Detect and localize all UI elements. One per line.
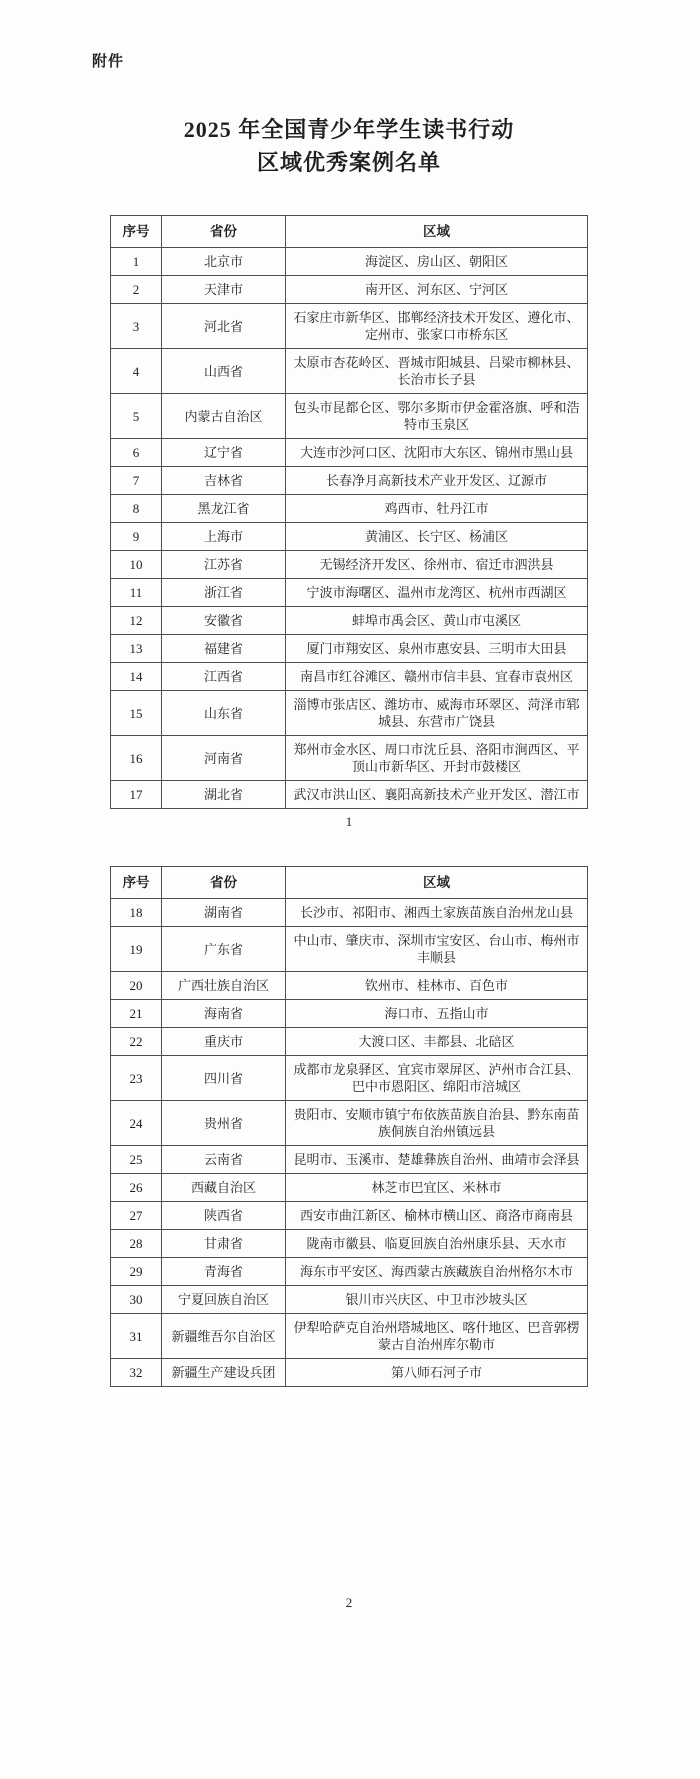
serial-number-cell: 14 [111, 663, 162, 691]
serial-number-cell: 8 [111, 495, 162, 523]
region-cell: 第八师石河子市 [286, 1359, 588, 1387]
province-cell: 陕西省 [162, 1202, 286, 1230]
serial-number-cell: 23 [111, 1056, 162, 1101]
region-cell: 鸡西市、牡丹江市 [286, 495, 588, 523]
table-row: 16河南省郑州市金水区、周口市沈丘县、洛阳市涧西区、平顶山市新华区、开封市鼓楼区 [111, 736, 588, 781]
region-cell: 长沙市、祁阳市、湘西土家族苗族自治州龙山县 [286, 899, 588, 927]
table-row: 13福建省厦门市翔安区、泉州市惠安县、三明市大田县 [111, 635, 588, 663]
serial-number-cell: 27 [111, 1202, 162, 1230]
region-cell: 宁波市海曙区、温州市龙湾区、杭州市西湖区 [286, 579, 588, 607]
province-cell: 重庆市 [162, 1028, 286, 1056]
province-cell: 内蒙古自治区 [162, 394, 286, 439]
province-cell: 湖北省 [162, 781, 286, 809]
region-cell: 大连市沙河口区、沈阳市大东区、锦州市黑山县 [286, 439, 588, 467]
table-row: 19广东省中山市、肇庆市、深圳市宝安区、台山市、梅州市丰顺县 [111, 927, 588, 972]
serial-number-cell: 3 [111, 304, 162, 349]
table-row: 9上海市黄浦区、长宁区、杨浦区 [111, 523, 588, 551]
province-cell: 湖南省 [162, 899, 286, 927]
province-cell: 河南省 [162, 736, 286, 781]
table-row: 6辽宁省大连市沙河口区、沈阳市大东区、锦州市黑山县 [111, 439, 588, 467]
region-cell: 昆明市、玉溪市、楚雄彝族自治州、曲靖市会泽县 [286, 1146, 588, 1174]
serial-number-cell: 18 [111, 899, 162, 927]
region-cell: 陇南市徽县、临夏回族自治州康乐县、天水市 [286, 1230, 588, 1258]
province-cell: 西藏自治区 [162, 1174, 286, 1202]
table-header-row: 序号 省份 区域 [111, 216, 588, 248]
province-cell: 山西省 [162, 349, 286, 394]
table-row: 25云南省昆明市、玉溪市、楚雄彝族自治州、曲靖市会泽县 [111, 1146, 588, 1174]
table-row: 18湖南省长沙市、祁阳市、湘西土家族苗族自治州龙山县 [111, 899, 588, 927]
table-row: 3河北省石家庄市新华区、邯郸经济技术开发区、遵化市、定州市、张家口市桥东区 [111, 304, 588, 349]
table-row: 23四川省成都市龙泉驿区、宜宾市翠屏区、泸州市合江县、巴中市恩阳区、绵阳市涪城区 [111, 1056, 588, 1101]
region-cell: 银川市兴庆区、中卫市沙坡头区 [286, 1286, 588, 1314]
serial-number-cell: 30 [111, 1286, 162, 1314]
table-row: 30宁夏回族自治区银川市兴庆区、中卫市沙坡头区 [111, 1286, 588, 1314]
province-cell: 吉林省 [162, 467, 286, 495]
region-cell: 蚌埠市禹会区、黄山市屯溪区 [286, 607, 588, 635]
province-cell: 新疆维吾尔自治区 [162, 1314, 286, 1359]
serial-number-cell: 6 [111, 439, 162, 467]
province-cell: 安徽省 [162, 607, 286, 635]
serial-number-cell: 2 [111, 276, 162, 304]
province-cell: 浙江省 [162, 579, 286, 607]
region-cell: 成都市龙泉驿区、宜宾市翠屏区、泸州市合江县、巴中市恩阳区、绵阳市涪城区 [286, 1056, 588, 1101]
table-row: 27陕西省西安市曲江新区、榆林市横山区、商洛市商南县 [111, 1202, 588, 1230]
province-cell: 广西壮族自治区 [162, 972, 286, 1000]
province-cell: 海南省 [162, 1000, 286, 1028]
province-cell: 黑龙江省 [162, 495, 286, 523]
province-cell: 辽宁省 [162, 439, 286, 467]
province-cell: 广东省 [162, 927, 286, 972]
province-cell: 江苏省 [162, 551, 286, 579]
serial-number-cell: 28 [111, 1230, 162, 1258]
region-cell: 西安市曲江新区、榆林市横山区、商洛市商南县 [286, 1202, 588, 1230]
document-content: 附件 2025 年全国青少年学生读书行动 区域优秀案例名单 序号 省份 区域 1… [110, 0, 588, 1611]
province-cell: 北京市 [162, 248, 286, 276]
serial-number-cell: 26 [111, 1174, 162, 1202]
region-cell: 海淀区、房山区、朝阳区 [286, 248, 588, 276]
serial-number-cell: 21 [111, 1000, 162, 1028]
serial-number-cell: 32 [111, 1359, 162, 1387]
province-cell: 山东省 [162, 691, 286, 736]
table-row: 8黑龙江省鸡西市、牡丹江市 [111, 495, 588, 523]
table-row: 5内蒙古自治区包头市昆都仑区、鄂尔多斯市伊金霍洛旗、呼和浩特市玉泉区 [111, 394, 588, 439]
region-cell: 无锡经济开发区、徐州市、宿迁市泗洪县 [286, 551, 588, 579]
region-cell: 郑州市金水区、周口市沈丘县、洛阳市涧西区、平顶山市新华区、开封市鼓楼区 [286, 736, 588, 781]
table-row: 11浙江省宁波市海曙区、温州市龙湾区、杭州市西湖区 [111, 579, 588, 607]
table-row: 14江西省南昌市红谷滩区、赣州市信丰县、宜春市袁州区 [111, 663, 588, 691]
serial-number-cell: 31 [111, 1314, 162, 1359]
table-row: 12安徽省蚌埠市禹会区、黄山市屯溪区 [111, 607, 588, 635]
table-row: 15山东省淄博市张店区、潍坊市、威海市环翠区、菏泽市郓城县、东营市广饶县 [111, 691, 588, 736]
table-header-row: 序号 省份 区域 [111, 867, 588, 899]
header-region: 区域 [286, 216, 588, 248]
province-cell: 上海市 [162, 523, 286, 551]
region-cell: 林芝市巴宜区、米林市 [286, 1174, 588, 1202]
region-cell: 黄浦区、长宁区、杨浦区 [286, 523, 588, 551]
region-cell: 大渡口区、丰都县、北碚区 [286, 1028, 588, 1056]
serial-number-cell: 19 [111, 927, 162, 972]
region-cell: 南开区、河东区、宁河区 [286, 276, 588, 304]
table-row: 24贵州省贵阳市、安顺市镇宁布依族苗族自治县、黔东南苗族侗族自治州镇远县 [111, 1101, 588, 1146]
serial-number-cell: 10 [111, 551, 162, 579]
table-row: 2天津市南开区、河东区、宁河区 [111, 276, 588, 304]
serial-number-cell: 1 [111, 248, 162, 276]
serial-number-cell: 29 [111, 1258, 162, 1286]
page-number-2: 2 [110, 1595, 588, 1611]
province-cell: 青海省 [162, 1258, 286, 1286]
header-region: 区域 [286, 867, 588, 899]
document-title: 2025 年全国青少年学生读书行动 区域优秀案例名单 [110, 113, 588, 179]
serial-number-cell: 13 [111, 635, 162, 663]
serial-number-cell: 22 [111, 1028, 162, 1056]
attachment-label: 附件 [92, 0, 588, 71]
table-row: 31新疆维吾尔自治区伊犁哈萨克自治州塔城地区、喀什地区、巴音郭楞蒙古自治州库尔勒… [111, 1314, 588, 1359]
serial-number-cell: 16 [111, 736, 162, 781]
serial-number-cell: 5 [111, 394, 162, 439]
region-cell: 淄博市张店区、潍坊市、威海市环翠区、菏泽市郓城县、东营市广饶县 [286, 691, 588, 736]
region-cell: 钦州市、桂林市、百色市 [286, 972, 588, 1000]
table-row: 10江苏省无锡经济开发区、徐州市、宿迁市泗洪县 [111, 551, 588, 579]
region-cell: 长春净月高新技术产业开发区、辽源市 [286, 467, 588, 495]
title-line-2: 区域优秀案例名单 [257, 150, 441, 175]
region-table-page1: 序号 省份 区域 1北京市海淀区、房山区、朝阳区2天津市南开区、河东区、宁河区3… [110, 215, 588, 809]
province-cell: 宁夏回族自治区 [162, 1286, 286, 1314]
table-row: 1北京市海淀区、房山区、朝阳区 [111, 248, 588, 276]
header-province: 省份 [162, 867, 286, 899]
serial-number-cell: 7 [111, 467, 162, 495]
table-row: 4山西省太原市杏花岭区、晋城市阳城县、吕梁市柳林县、长治市长子县 [111, 349, 588, 394]
region-cell: 海口市、五指山市 [286, 1000, 588, 1028]
region-table-page2: 序号 省份 区域 18湖南省长沙市、祁阳市、湘西土家族苗族自治州龙山县19广东省… [110, 866, 588, 1387]
table-row: 26西藏自治区林芝市巴宜区、米林市 [111, 1174, 588, 1202]
province-cell: 新疆生产建设兵团 [162, 1359, 286, 1387]
serial-number-cell: 4 [111, 349, 162, 394]
table-row: 22重庆市大渡口区、丰都县、北碚区 [111, 1028, 588, 1056]
table-body-page2: 18湖南省长沙市、祁阳市、湘西土家族苗族自治州龙山县19广东省中山市、肇庆市、深… [111, 899, 588, 1387]
province-cell: 河北省 [162, 304, 286, 349]
serial-number-cell: 12 [111, 607, 162, 635]
region-cell: 中山市、肇庆市、深圳市宝安区、台山市、梅州市丰顺县 [286, 927, 588, 972]
page-number-1: 1 [110, 814, 588, 830]
table-row: 17湖北省武汉市洪山区、襄阳高新技术产业开发区、潜江市 [111, 781, 588, 809]
serial-number-cell: 25 [111, 1146, 162, 1174]
table-row: 7吉林省长春净月高新技术产业开发区、辽源市 [111, 467, 588, 495]
region-cell: 石家庄市新华区、邯郸经济技术开发区、遵化市、定州市、张家口市桥东区 [286, 304, 588, 349]
serial-number-cell: 15 [111, 691, 162, 736]
region-cell: 海东市平安区、海西蒙古族藏族自治州格尔木市 [286, 1258, 588, 1286]
table-row: 28甘肃省陇南市徽县、临夏回族自治州康乐县、天水市 [111, 1230, 588, 1258]
serial-number-cell: 20 [111, 972, 162, 1000]
table-row: 21海南省海口市、五指山市 [111, 1000, 588, 1028]
province-cell: 四川省 [162, 1056, 286, 1101]
region-cell: 太原市杏花岭区、晋城市阳城县、吕梁市柳林县、长治市长子县 [286, 349, 588, 394]
serial-number-cell: 24 [111, 1101, 162, 1146]
province-cell: 福建省 [162, 635, 286, 663]
document-page: 附件 2025 年全国青少年学生读书行动 区域优秀案例名单 序号 省份 区域 1… [0, 0, 700, 1779]
region-cell: 包头市昆都仑区、鄂尔多斯市伊金霍洛旗、呼和浩特市玉泉区 [286, 394, 588, 439]
header-serial-number: 序号 [111, 867, 162, 899]
region-cell: 贵阳市、安顺市镇宁布依族苗族自治县、黔东南苗族侗族自治州镇远县 [286, 1101, 588, 1146]
region-cell: 武汉市洪山区、襄阳高新技术产业开发区、潜江市 [286, 781, 588, 809]
serial-number-cell: 17 [111, 781, 162, 809]
header-province: 省份 [162, 216, 286, 248]
serial-number-cell: 9 [111, 523, 162, 551]
province-cell: 甘肃省 [162, 1230, 286, 1258]
region-cell: 厦门市翔安区、泉州市惠安县、三明市大田县 [286, 635, 588, 663]
province-cell: 江西省 [162, 663, 286, 691]
serial-number-cell: 11 [111, 579, 162, 607]
title-line-1: 2025 年全国青少年学生读书行动 [184, 117, 515, 142]
province-cell: 云南省 [162, 1146, 286, 1174]
region-cell: 南昌市红谷滩区、赣州市信丰县、宜春市袁州区 [286, 663, 588, 691]
table-body-page1: 1北京市海淀区、房山区、朝阳区2天津市南开区、河东区、宁河区3河北省石家庄市新华… [111, 248, 588, 809]
table-row: 29青海省海东市平安区、海西蒙古族藏族自治州格尔木市 [111, 1258, 588, 1286]
province-cell: 贵州省 [162, 1101, 286, 1146]
region-cell: 伊犁哈萨克自治州塔城地区、喀什地区、巴音郭楞蒙古自治州库尔勒市 [286, 1314, 588, 1359]
header-serial-number: 序号 [111, 216, 162, 248]
table-row: 20广西壮族自治区钦州市、桂林市、百色市 [111, 972, 588, 1000]
table-row: 32新疆生产建设兵团第八师石河子市 [111, 1359, 588, 1387]
province-cell: 天津市 [162, 276, 286, 304]
